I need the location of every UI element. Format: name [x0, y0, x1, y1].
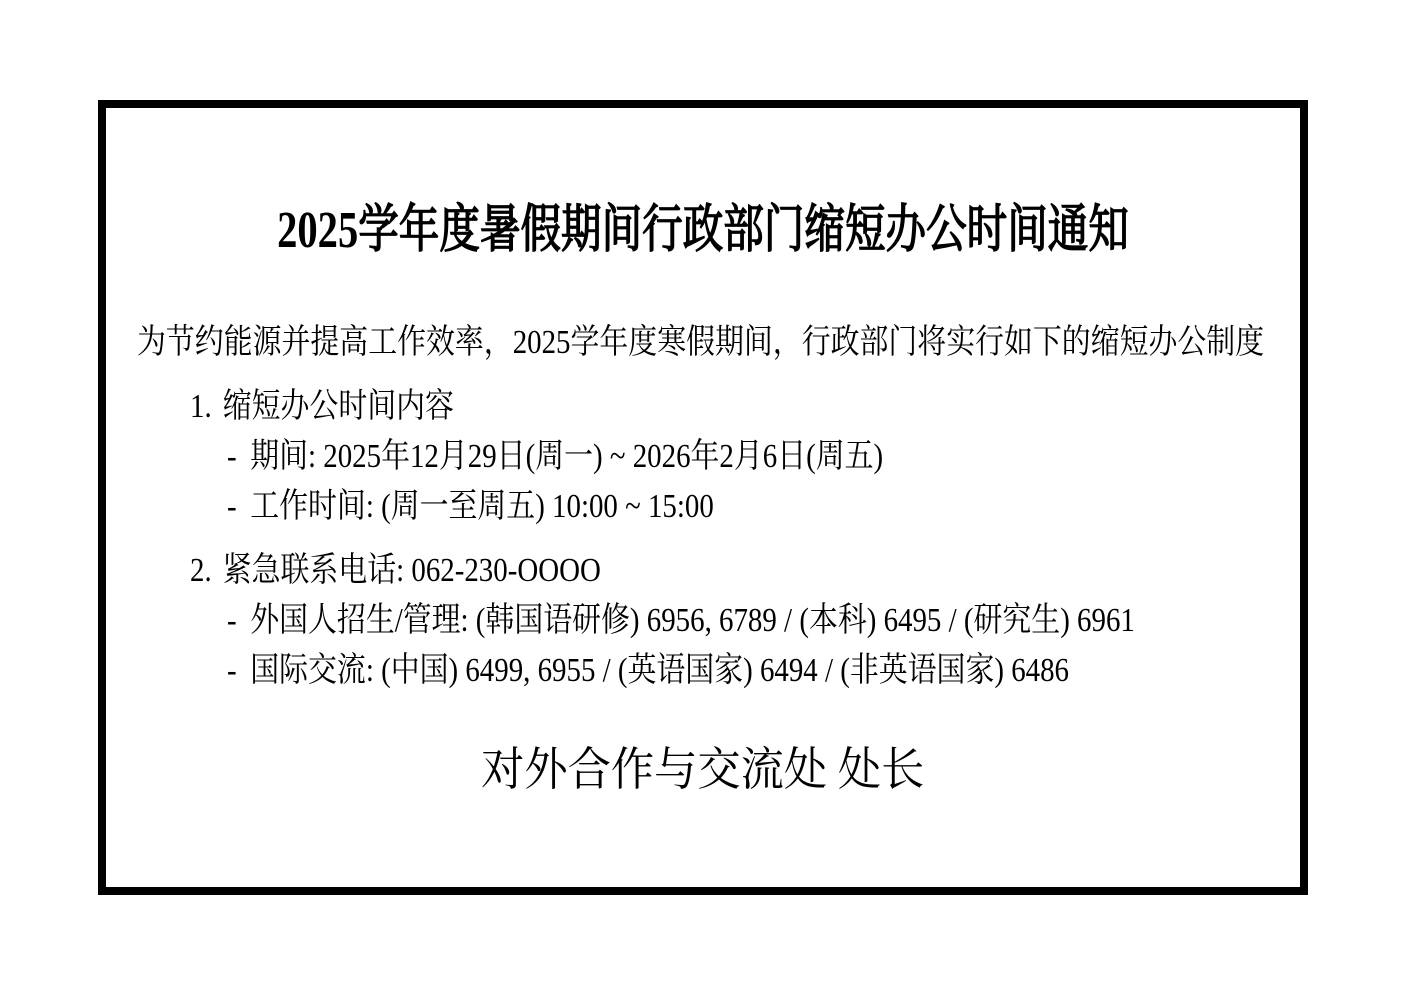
- section-1-item-period: -期间: 2025年12月29日(周一) ~ 2026年2月6日(周五): [227, 432, 1300, 482]
- section-2-item-admissions: -外国人招生/管理: (韩国语研修) 6956, 6789 / (本科) 649…: [227, 596, 1300, 646]
- section-1-item-period-text: 期间: 2025年12月29日(周一) ~ 2026年2月6日(周五): [250, 438, 883, 475]
- bullet-dash-icon: -: [227, 432, 237, 482]
- notice-page: 2025学年度暑假期间行政部门缩短办公时间通知 为节约能源并提高工作效率，202…: [0, 0, 1403, 992]
- notice-title: 2025学年度暑假期间行政部门缩短办公时间通知: [106, 200, 1300, 262]
- section-1-item-hours: -工作时间: (周一至周五) 10:00 ~ 15:00: [227, 482, 1300, 532]
- section-2-heading-text: 紧急联系电话: 062-230-OOOO: [223, 552, 601, 589]
- section-2-item-exchange-text: 国际交流: (中国) 6499, 6955 / (英语国家) 6494 / (非…: [250, 652, 1069, 689]
- section-2-heading: 2.紧急联系电话: 062-230-OOOO: [190, 546, 1300, 596]
- section-1-item-hours-text: 工作时间: (周一至周五) 10:00 ~ 15:00: [250, 488, 714, 525]
- section-1-heading: 1.缩短办公时间内容: [190, 382, 1300, 432]
- bullet-dash-icon: -: [227, 482, 237, 532]
- intro-text: 为节约能源并提高工作效率，2025学年度寒假期间，行政部门将实行如下的缩短办公制…: [137, 318, 1264, 368]
- signature-text: 对外合作与交流处 处长: [481, 742, 924, 798]
- intro-paragraph: 为节约能源并提高工作效率，2025学年度寒假期间，行政部门将实行如下的缩短办公制…: [137, 318, 1300, 368]
- bullet-dash-icon: -: [227, 646, 237, 696]
- signature-line: 对外合作与交流处 处长: [106, 742, 1300, 798]
- section-2-item-admissions-text: 外国人招生/管理: (韩国语研修) 6956, 6789 / (本科) 6495…: [250, 602, 1135, 639]
- notice-border-frame: 2025学年度暑假期间行政部门缩短办公时间通知 为节约能源并提高工作效率，202…: [98, 100, 1308, 895]
- section-1-heading-text: 缩短办公时间内容: [223, 388, 454, 425]
- section-1-number: 1.: [190, 382, 212, 432]
- section-2-number: 2.: [190, 546, 212, 596]
- bullet-dash-icon: -: [227, 596, 237, 646]
- notice-title-text: 2025学年度暑假期间行政部门缩短办公时间通知: [277, 200, 1129, 262]
- section-2-item-exchange: -国际交流: (中国) 6499, 6955 / (英语国家) 6494 / (…: [227, 646, 1300, 696]
